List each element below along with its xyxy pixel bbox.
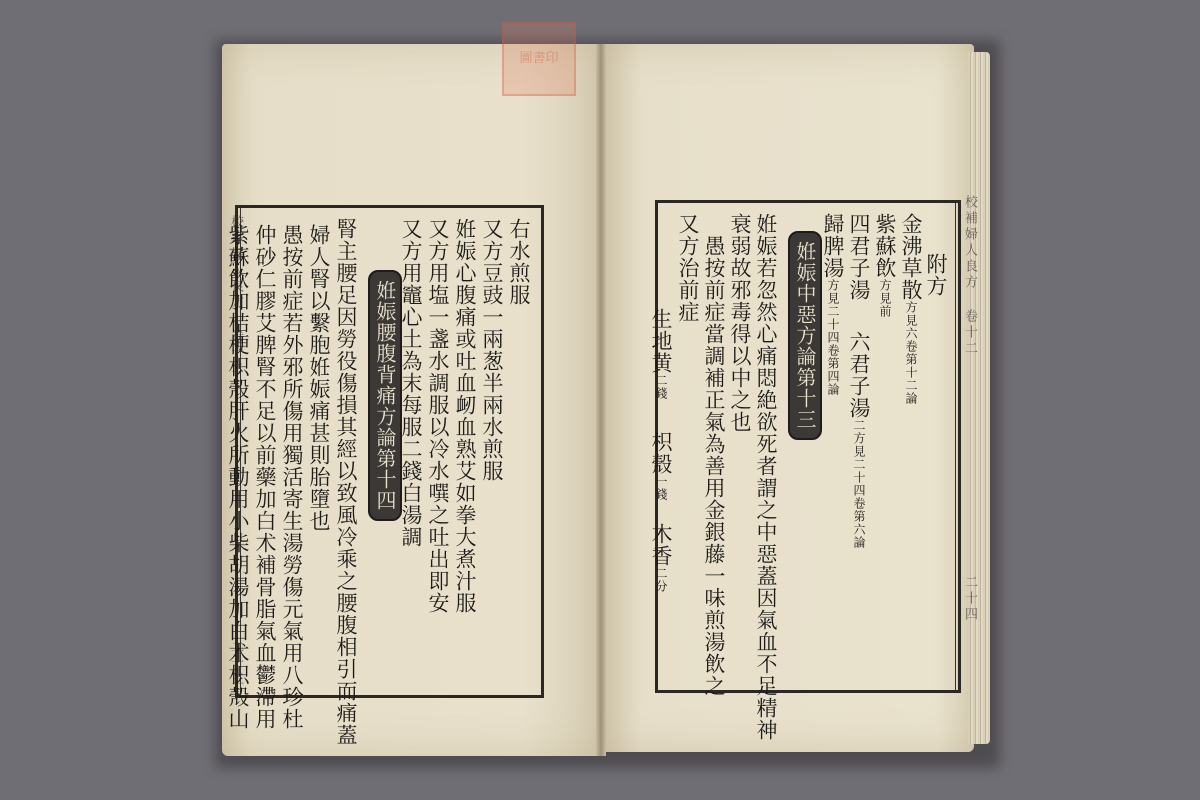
herb-entry: 枳殼一錢	[648, 431, 674, 501]
herb-entry: 生地黄二錢	[648, 308, 674, 400]
text-column: 腎主腰足因勞役傷損其經以致風冷乘之腰腹相引而痛蓋	[333, 218, 359, 746]
formula-name: 歸脾湯	[821, 213, 845, 279]
formula-entry: 四君子湯	[846, 213, 872, 301]
formula-note: 二方見二十四卷第六論	[852, 419, 866, 549]
formula-name: 四君子湯	[847, 213, 871, 301]
herb-name: 木香	[649, 523, 673, 567]
text-column: 衰弱故邪毒得以中之也	[727, 213, 753, 433]
section-title-14: 姙娠腰腹背痛方論第十四	[368, 270, 402, 521]
text-column: 又方用塩一盞水調服以冷水噀之吐出即安	[425, 218, 451, 614]
text-column: 姙娠若忽然心痛悶絶欲死者謂之中惡蓋因氣血不足精神	[753, 213, 779, 741]
section-title-13: 姙娠中惡方論第十三	[788, 231, 822, 440]
text-column: 紫蘇飲加桔梗枳殼肝火所動用小柴胡湯加白术枳殼山	[225, 224, 251, 730]
formula-name: 紫蘇飲	[873, 213, 897, 279]
text-column: 仲砂仁膠艾脾腎不足以前藥加白术補骨脂氣血鬱滯用	[252, 224, 278, 730]
page-edges	[968, 52, 990, 744]
left-text-frame: 右水煎服 又方豆豉一兩葱半兩水煎服 姙娠心腹痛或吐血衂血熟艾如拳大煮汁服 又方用…	[235, 205, 544, 698]
formula-entry: 金沸草散方見六卷第十二論	[898, 213, 924, 405]
text-column: 又方治前症	[675, 213, 701, 323]
right-margin-label: 校補婦人良方 卷十二	[960, 195, 979, 357]
text-column: 姙娠心腹痛或吐血衂血熟艾如拳大煮汁服	[452, 218, 478, 614]
appended-formulas-heading: 附方	[923, 253, 949, 297]
text-column: 右水煎服	[506, 218, 532, 306]
right-text-frame: 附方 金沸草散方見六卷第十二論 紫蘇飲方見前 四君子湯 六君子湯二方見二十四卷第…	[655, 200, 961, 693]
formula-entry: 六君子湯二方見二十四卷第六論	[846, 331, 872, 549]
herb-name: 生地黄	[649, 308, 673, 374]
formula-name: 金沸草散	[899, 213, 923, 301]
formula-entry: 紫蘇飲方見前	[872, 213, 898, 318]
formula-entry: 歸脾湯方見二十四卷第四論	[820, 213, 846, 396]
book-gutter	[596, 44, 606, 756]
herb-dose: 二分	[654, 567, 668, 593]
formula-name: 六君子湯	[847, 331, 871, 419]
herb-dose: 一錢	[654, 475, 668, 501]
herb-entry: 木香二分	[648, 523, 674, 593]
herb-dose: 二錢	[654, 374, 668, 400]
herb-name: 枳殼	[649, 431, 673, 475]
right-page-number: 二十四	[960, 575, 979, 623]
text-column: 又方豆豉一兩葱半兩水煎服	[479, 218, 505, 482]
formula-note: 方見六卷第十二論	[904, 301, 918, 405]
formula-note: 方見前	[878, 279, 892, 318]
text-column: 愚按前症當調補正氣為善用金銀藤一味煎湯飲之	[701, 235, 727, 697]
library-stamp: 圖書印	[502, 22, 576, 96]
formula-note: 方見二十四卷第四論	[826, 279, 840, 396]
text-column: 婦人腎以繫胞姙娠痛甚則胎墮也	[306, 224, 332, 532]
text-column: 愚按前症若外邪所傷用獨活寄生湯勞傷元氣用八珍杜	[279, 224, 305, 730]
